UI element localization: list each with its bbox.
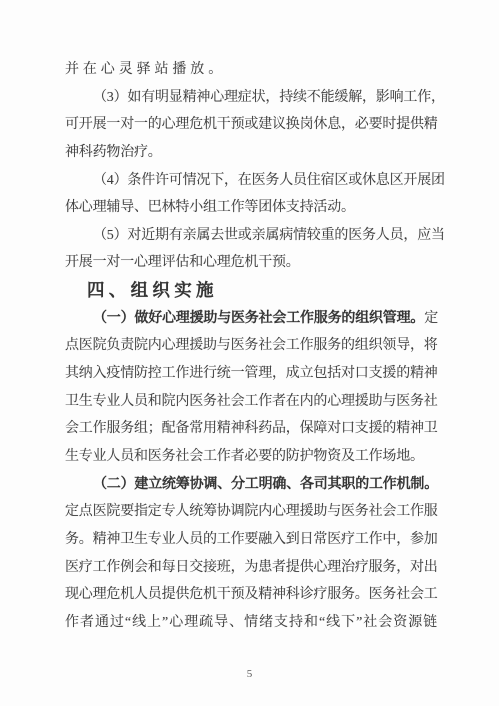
sub-item-1-line-4: 卫生专业人员和院内医务社会工作者在内的心理援助与医务社 <box>65 388 437 416</box>
sub-item-2-line-2: 定点医院要指定专人统筹协调院内心理援助与医务社会工作服 <box>65 498 437 526</box>
sub-item-2-line-5: 现心理危机人员提供危机干预及精神科诊疗服务。医务社会工 <box>65 581 437 609</box>
text-segment: 体心理辅导、巴林特小组工作等团体支持活动。 <box>65 200 355 215</box>
sub-item-2-line-4: 医疗工作例会和每日交接班，为患者提供心理治疗服务，对出 <box>65 554 437 582</box>
sub-item-2-line-3: 务。精神卫生专业人员的工作要融入到日常医疗工作中，参加 <box>65 526 437 554</box>
sub-item-1-line-1: （一）做好心理援助与医务社会工作服务的组织管理。定 <box>65 305 437 333</box>
text-segment: （4）条件许可情况下，在医务人员住宿区或休息区开展团 <box>93 173 445 188</box>
item-4-line-1: （4）条件许可情况下，在医务人员住宿区或休息区开展团 <box>65 167 437 195</box>
text-segment: 作者通过“线上”心理疏导、情绪支持和“线下”社会资源链 <box>65 615 437 630</box>
text-segment: 神科药物治疗。 <box>65 145 162 160</box>
text-segment: 点医院负责院内心理援助与医务社会工作服务的组织领导，将 <box>65 338 438 353</box>
item-4-line-2: 体心理辅导、巴林特小组工作等团体支持活动。 <box>65 194 437 222</box>
item-3-line-3: 神科药物治疗。 <box>65 139 437 167</box>
text-segment: （3）如有明显精神心理症状，持续不能缓解，影响工作， <box>93 90 445 105</box>
text-segment: 定 <box>424 311 438 326</box>
text-segment: 开展一对一心理评估和心理危机干预。 <box>65 255 300 270</box>
sub-item-1-line-3: 其纳入疫情防控工作进行统一管理，成立包括对口支援的精神 <box>65 360 437 388</box>
sub-item-1-line-2: 点医院负责院内心理援助与医务社会工作服务的组织领导，将 <box>65 332 437 360</box>
item-3-line-1: （3）如有明显精神心理症状，持续不能缓解，影响工作， <box>65 84 437 112</box>
sub-item-2-line-6: 作者通过“线上”心理疏导、情绪支持和“线下”社会资源链 <box>65 609 437 637</box>
page-number: 5 <box>0 668 499 680</box>
sub-item-1-line-5: 会工作服务组；配备常用精神科药品，保障对口支援的精神卫 <box>65 415 437 443</box>
sub-item-1-line-6: 生专业人员和医务社会工作者必要的防护物资及工作场地。 <box>65 443 437 471</box>
text-segment: 务。精神卫生专业人员的工作要融入到日常医疗工作中，参加 <box>65 532 438 547</box>
text-segment: 并在心灵驿站播放。 <box>65 62 226 77</box>
document-body: 并在心灵驿站播放。（3）如有明显精神心理症状，持续不能缓解，影响工作，可开展一对… <box>65 56 437 636</box>
text-segment: 可开展一对一的心理危机干预或建议换岗休息，必要时提供精 <box>65 117 438 132</box>
item-5-line-1: （5）对近期有亲属去世或亲属病情较重的医务人员，应当 <box>65 222 437 250</box>
item-3-line-2: 可开展一对一的心理危机干预或建议换岗休息，必要时提供精 <box>65 111 437 139</box>
document-page: 并在心灵驿站播放。（3）如有明显精神心理症状，持续不能缓解，影响工作，可开展一对… <box>0 0 499 706</box>
text-segment: 卫生专业人员和院内医务社会工作者在内的心理援助与医务社 <box>65 394 438 409</box>
sub-item-2-line-1: （二）建立统筹协调、分工明确、各司其职的工作机制。 <box>65 471 437 499</box>
text-segment: 会工作服务组；配备常用精神科药品，保障对口支援的精神卫 <box>65 421 438 436</box>
bold-text-segment: 四、组织实施 <box>87 280 218 300</box>
section-heading: 四、组织实施 <box>65 277 437 305</box>
item-5-line-2: 开展一对一心理评估和心理危机干预。 <box>65 249 437 277</box>
bold-text-segment: （二）建立统筹协调、分工明确、各司其职的工作机制。 <box>93 477 438 492</box>
text-segment: 定点医院要指定专人统筹协调院内心理援助与医务社会工作服 <box>65 504 438 519</box>
text-segment: （5）对近期有亲属去世或亲属病情较重的医务人员，应当 <box>93 228 445 243</box>
text-segment: 其纳入疫情防控工作进行统一管理，成立包括对口支援的精神 <box>65 366 438 381</box>
text-segment: 医疗工作例会和每日交接班，为患者提供心理治疗服务，对出 <box>65 560 438 575</box>
text-segment: 现心理危机人员提供危机干预及精神科诊疗服务。医务社会工 <box>65 587 438 602</box>
text-segment: 生专业人员和医务社会工作者必要的防护物资及工作场地。 <box>65 449 424 464</box>
paragraph-continuation-line: 并在心灵驿站播放。 <box>65 56 437 84</box>
bold-text-segment: （一）做好心理援助与医务社会工作服务的组织管理。 <box>93 311 424 326</box>
